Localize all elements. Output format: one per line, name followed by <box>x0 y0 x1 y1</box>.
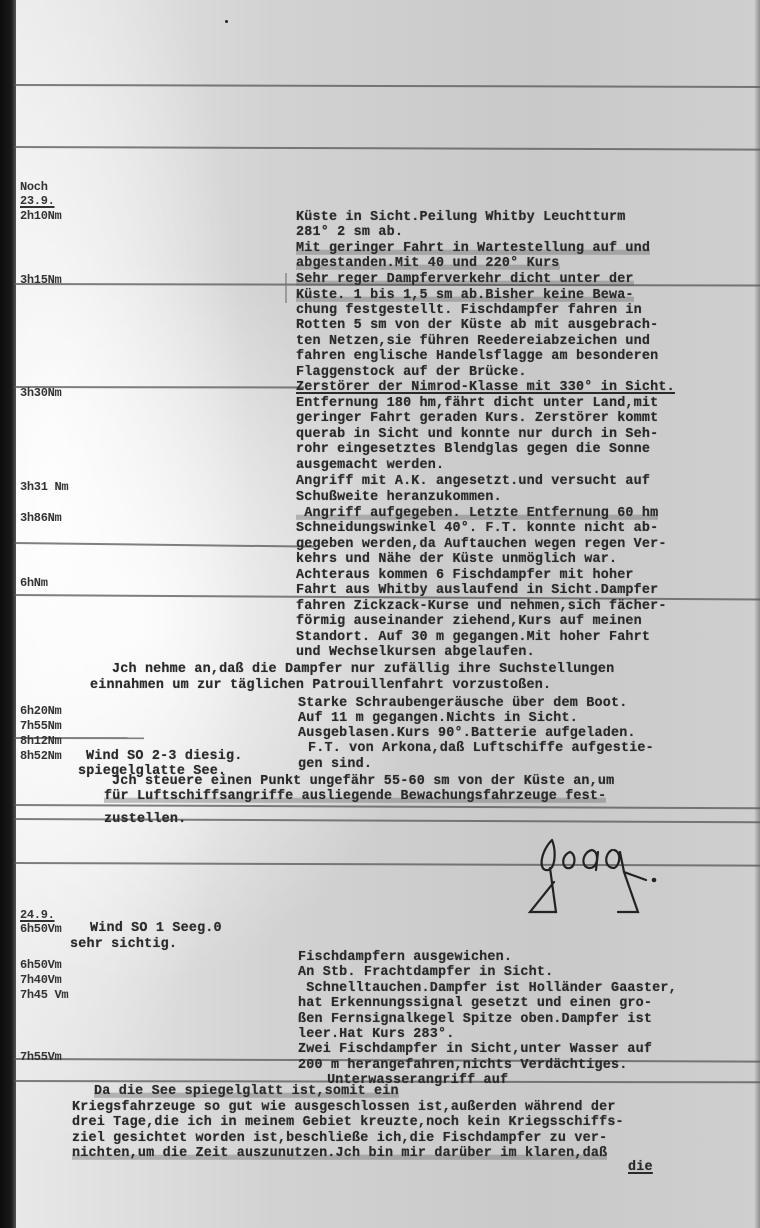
paragraph-line: einnahmen um zur täglichen Patrouillenfa… <box>90 678 551 693</box>
entry-line: Zwei Fischdampfer in Sicht,unter Wasser … <box>298 1042 652 1057</box>
entry-line: Auf 11 m gegangen.Nichts in Sicht. <box>298 711 578 726</box>
paragraph-line: Kriegsfahrzeuge so gut wie ausgeschlosse… <box>72 1100 616 1115</box>
entry-line: Schneidungswinkel 40°. F.T. konnte nicht… <box>296 521 658 536</box>
entry-line: 281° 2 sm ab. <box>296 225 403 240</box>
entry-time: 6h50Vm <box>20 922 61 936</box>
scan-binding-edge <box>0 0 16 1228</box>
entry-line: F.T. von Arkona,daß Luftschiffe aufgesti… <box>308 741 654 756</box>
header-place: Noch <box>20 180 48 194</box>
entry-time: 6h20Nm <box>20 704 61 718</box>
entry-line: gegeben werden,da Auftauchen wegen regen… <box>296 537 667 552</box>
entry-time: 3h30Nm <box>20 386 61 400</box>
handwritten-signature <box>520 822 680 922</box>
entry-line: Standort. Auf 30 m gegangen.Mit hoher Fa… <box>296 630 650 645</box>
entry-line: Flaggenstock auf der Brücke. <box>296 365 527 380</box>
paragraph-line: zustellen. <box>104 812 186 827</box>
paragraph-line: drei Tage,die ich in meinem Gebiet kreuz… <box>72 1115 624 1130</box>
entry-line: Sehr reger Dampferverkehr dicht unter de… <box>296 272 634 287</box>
entry-line: ßen Fernsignalkegel Spitze oben.Dampfer … <box>298 1012 652 1027</box>
entry-line: kehrs und Nähe der Küste unmöglich war. <box>296 552 617 567</box>
entry-line: Ausgeblasen.Kurs 90°.Batterie aufgeladen… <box>298 726 636 741</box>
entry-line: Fahrt aus Whitby auslaufend in Sicht.Dam… <box>296 583 658 598</box>
entry-line: querab in Sicht und konnte nur durch in … <box>296 427 658 442</box>
weather-line: Wind SO 2-3 diesig. <box>86 749 242 764</box>
entry-time: 6h50Vm <box>20 958 61 972</box>
entry-line: gen sind. <box>298 757 372 772</box>
entry-time: 7h40Vm <box>20 973 61 987</box>
entry-line: 200 m herangefahren,nichts Verdächtiges. <box>298 1058 627 1073</box>
entry-line: leer.Hat Kurs 283°. <box>298 1027 454 1042</box>
entry-line: Schußweite heranzukommen. <box>296 490 502 505</box>
day2-date: 24.9. <box>20 908 55 922</box>
entry-time: 7h45 Vm <box>20 988 68 1002</box>
entry-time: 7h55Vm <box>20 1050 61 1064</box>
scan-speck <box>225 20 228 23</box>
paragraph-line: Da die See spiegelglatt ist,somit ein <box>94 1084 399 1099</box>
entry-time: 6hNm <box>20 576 48 590</box>
entry-line: Mit geringer Fahrt in Wartestellung auf … <box>296 241 650 256</box>
paragraph-line: für Luftschiffsangriffe ausliegende Bewa… <box>104 789 606 804</box>
entry-line: Achteraus kommen 6 Fischdampfer mit hohe… <box>296 568 634 583</box>
entry-line: und Wechselkursen abgelaufen. <box>296 645 535 660</box>
entry-line: hat Erkennungssignal gesetzt und einen g… <box>298 996 652 1011</box>
entry-line: ausgemacht werden. <box>296 458 444 473</box>
entry-line: förmig auseinander ziehend,Kurs auf mein… <box>296 614 642 629</box>
entry-line: ten Netzen,sie führen Reedereiabzeichen … <box>296 334 650 349</box>
entry-line: Starke Schraubengeräusche über dem Boot. <box>298 696 627 711</box>
entry-time: 3h86Nm <box>20 511 61 525</box>
entry-line: fahren englische Handelsflagge am besond… <box>296 349 658 364</box>
scan-right-edge <box>754 0 760 1228</box>
entry-line: Entfernung 180 hm,fährt dicht unter Land… <box>296 396 658 411</box>
entry-line: geringer Fahrt geraden Kurs. Zerstörer k… <box>296 411 658 426</box>
entry-line: Schnelltauchen.Dampfer ist Holländer Gaa… <box>298 981 677 996</box>
entry-time: 2h10Nm <box>20 209 61 223</box>
weather-line: Wind SO 1 Seeg.0 <box>90 921 222 936</box>
entry-line: Küste in Sicht.Peilung Whitby Leuchtturm <box>296 210 625 225</box>
entry-line: chung festgestellt. Fischdampfer fahren … <box>296 303 642 318</box>
entry-line: Angriff mit A.K. angesetzt.und versucht … <box>296 474 650 489</box>
entry-line: An Stb. Frachtdampfer in Sicht. <box>298 965 553 980</box>
entry-line: Fischdampfern ausgewichen. <box>298 950 512 965</box>
header-date: 23.9. <box>20 194 55 208</box>
entry-time: 8h52Nm <box>20 749 61 763</box>
entry-time: 7h55Nm <box>20 719 61 733</box>
entry-line: Rotten 5 sm von der Küste ab mit ausgebr… <box>296 318 658 333</box>
entry-time: 3h15Nm <box>20 273 61 287</box>
margin-mark <box>285 273 287 303</box>
entry-time: 3h31 Nm <box>20 480 68 494</box>
catchword: die <box>628 1160 653 1175</box>
paragraph-line: ziel gesichtet worden ist,beschließe ich… <box>72 1131 607 1146</box>
paragraph-line: Jch nehme an,daß die Dampfer nur zufälli… <box>112 662 614 677</box>
paragraph-line: nichten,um die Zeit auszunutzen.Jch bin … <box>72 1146 607 1161</box>
entry-line: Küste. 1 bis 1,5 sm ab.Bisher keine Bewa… <box>296 288 634 303</box>
paragraph-line: Jch steuere einen Punkt ungefähr 55-60 s… <box>112 774 614 789</box>
entry-line: rohr eingesetztes Blendglas gegen die So… <box>296 442 650 457</box>
entry-line: abgestanden.Mit 40 und 220° Kurs <box>296 256 560 271</box>
entry-line: Angriff aufgegeben. Letzte Entfernung 60… <box>296 506 658 521</box>
entry-line: Zerstörer der Nimrod-Klasse mit 330° in … <box>296 380 675 395</box>
weather-line: sehr sichtig. <box>70 937 177 952</box>
entry-time: 8h12Nm <box>20 734 61 748</box>
entry-line: fahren Zickzack-Kurse und nehmen,sich fä… <box>296 599 667 614</box>
